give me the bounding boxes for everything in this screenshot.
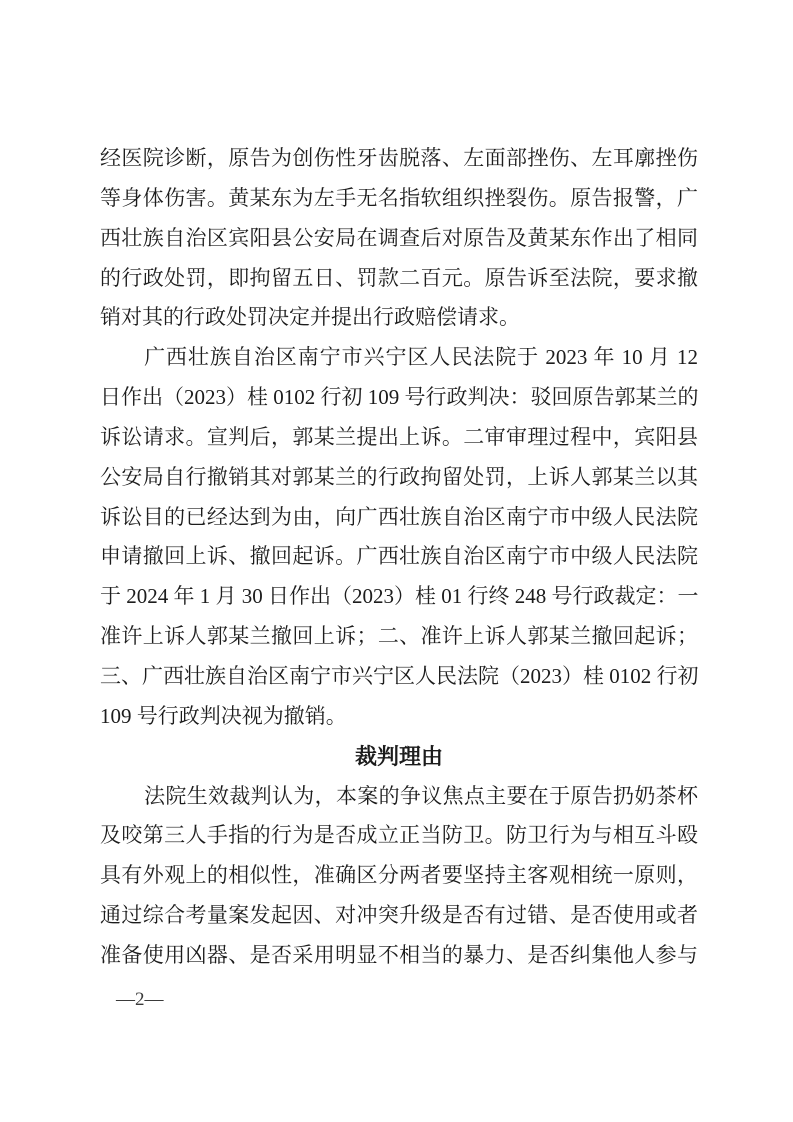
text-line: 西壮族自治区宾阳县公安局在调查后对原告及黄某东作出了相同 [100,219,698,259]
paragraph: 广西壮族自治区南宁市兴宁区人民法院于 2023 年 10 月 12日作出（202… [100,338,698,736]
text-line: 等身体伤害。黄某东为左手无名指软组织挫裂伤。原告报警，广 [100,179,698,219]
paragraph: 经医院诊断，原告为创伤性牙齿脱落、左面部挫伤、左耳廓挫伤等身体伤害。黄某东为左手… [100,139,698,338]
text-line: 的行政处罚，即拘留五日、罚款二百元。原告诉至法院，要求撤 [100,259,698,299]
text-line: 申请撤回上诉、撤回起诉。广西壮族自治区南宁市中级人民法院 [100,537,698,577]
text-line: 诉讼请求。宣判后，郭某兰提出上诉。二审审理过程中，宾阳县 [100,418,698,458]
text-line: 及咬第三人手指的行为是否成立正当防卫。防卫行为与相互斗殴 [100,816,698,856]
page-number: —2— [116,988,164,1012]
text-line: 经医院诊断，原告为创伤性牙齿脱落、左面部挫伤、左耳廓挫伤 [100,139,698,179]
text-line: 诉讼目的已经达到为由，向广西壮族自治区南宁市中级人民法院 [100,498,698,538]
text-line: 于 2024 年 1 月 30 日作出（2023）桂 01 行终 248 号行政… [100,577,698,617]
text-line: 109 号行政判决视为撤销。 [100,697,698,737]
text-line: 具有外观上的相似性，准确区分两者要坚持主客观相统一原则， [100,856,698,896]
text-line: 三、广西壮族自治区南宁市兴宁区人民法院（2023）桂 0102 行初 [100,657,698,697]
text-line: 通过综合考量案发起因、对冲突升级是否有过错、是否使用或者 [100,896,698,936]
heading-text: 裁判理由 [100,737,698,777]
text-line: 准许上诉人郭某兰撤回上诉；二、准许上诉人郭某兰撤回起诉； [100,617,698,657]
text-line: 销对其的行政处罚决定并提出行政赔偿请求。 [100,298,698,338]
text-line: 准备使用凶器、是否采用明显不相当的暴力、是否纠集他人参与 [100,936,698,976]
text-line: 法院生效裁判认为，本案的争议焦点主要在于原告扔奶茶杯 [100,777,698,817]
text-line: 日作出（2023）桂 0102 行初 109 号行政判决：驳回原告郭某兰的 [100,378,698,418]
document-page: 经医院诊断，原告为创伤性牙齿脱落、左面部挫伤、左耳廓挫伤等身体伤害。黄某东为左手… [0,0,793,1122]
paragraph: 法院生效裁判认为，本案的争议焦点主要在于原告扔奶茶杯及咬第三人手指的行为是否成立… [100,777,698,976]
section-heading: 裁判理由 [100,737,698,777]
document-body: 经医院诊断，原告为创伤性牙齿脱落、左面部挫伤、左耳廓挫伤等身体伤害。黄某东为左手… [100,139,698,976]
text-line: 广西壮族自治区南宁市兴宁区人民法院于 2023 年 10 月 12 [100,338,698,378]
text-line: 公安局自行撤销其对郭某兰的行政拘留处罚，上诉人郭某兰以其 [100,458,698,498]
